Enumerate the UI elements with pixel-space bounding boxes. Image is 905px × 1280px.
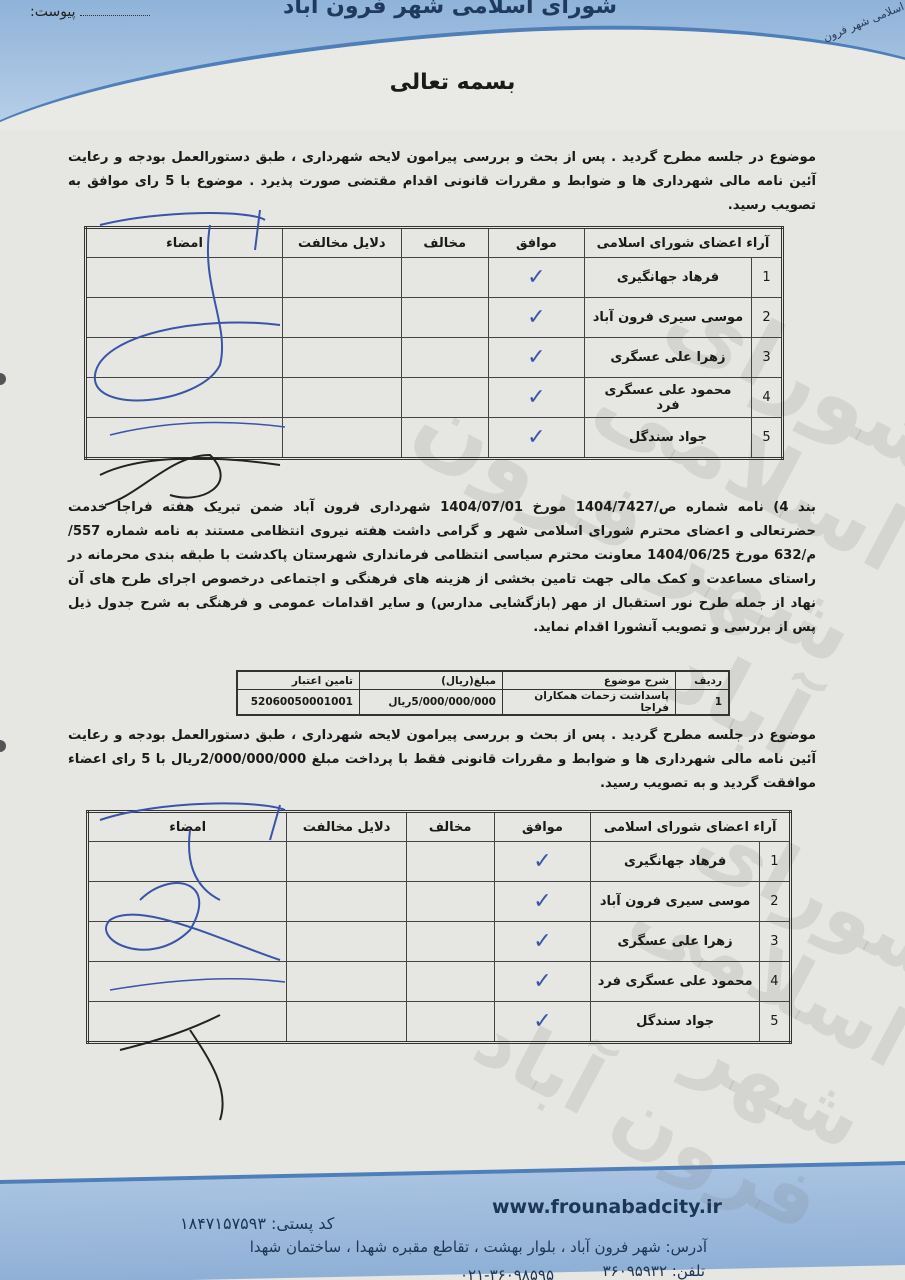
header-row-number: ردیف <box>676 671 730 690</box>
row-index: 3 <box>752 338 783 378</box>
member-name: جواد سندگل <box>591 1002 760 1043</box>
oppose-cell <box>401 258 488 298</box>
vote-table-2: آراء اعضای شورای اسلامی موافق مخالف دلای… <box>86 810 792 1044</box>
reason-cell <box>287 962 406 1002</box>
header-agree: موافق <box>488 228 584 258</box>
council-logo-icon: اسلامی شهر فرون <box>821 0 905 44</box>
row-index: 4 <box>759 962 790 1002</box>
table-row: 1 فرهاد جهانگیری ✓ <box>88 842 791 882</box>
signature-cell <box>86 338 283 378</box>
oppose-cell <box>406 842 494 882</box>
check-icon: ✓ <box>488 298 584 338</box>
table-row: 3 زهرا علی عسگری ✓ <box>86 338 783 378</box>
header-members: آراء اعضای شورای اسلامی <box>591 812 791 842</box>
member-name: جواد سندگل <box>584 418 751 459</box>
table-row: 1 پاسداشت زحمات همکاران فراجا 5/000/000/… <box>237 690 729 716</box>
row-index: 1 <box>759 842 790 882</box>
member-name: محمود علی عسگری فرد <box>591 962 760 1002</box>
signature-cell <box>86 258 283 298</box>
council-name: شورای اسلامی شهر فرون آباد <box>250 0 650 19</box>
reason-cell <box>283 258 402 298</box>
oppose-cell <box>406 1002 494 1043</box>
attachment-label: پیوست: <box>30 4 76 20</box>
row-index: 5 <box>752 418 783 459</box>
signature-cell <box>88 842 287 882</box>
budget-table: ردیف شرح موضوع مبلغ(ریال) تامین اعتبار 1… <box>236 670 730 716</box>
row-number: 1 <box>676 690 730 716</box>
binder-hole <box>0 373 6 385</box>
row-index: 3 <box>759 922 790 962</box>
reason-cell <box>283 418 402 459</box>
check-icon: ✓ <box>494 922 591 962</box>
header-signature: امضاء <box>88 812 287 842</box>
oppose-cell <box>401 418 488 459</box>
description-cell: پاسداشت زحمات همکاران فراجا <box>503 690 676 716</box>
table-row: 5 جواد سندگل ✓ <box>86 418 783 459</box>
check-icon: ✓ <box>488 258 584 298</box>
clause-4-paragraph: بند 4) نامه شماره ص/1404/7427 مورخ 1404/… <box>68 496 816 640</box>
signature-cell <box>86 418 283 459</box>
signature-cell <box>86 298 283 338</box>
header-reasons: دلایل مخالفت <box>287 812 406 842</box>
table-row: 3 زهرا علی عسگری ✓ <box>88 922 791 962</box>
basmala-title: بسمه تعالی <box>0 70 905 95</box>
row-index: 2 <box>759 882 790 922</box>
member-name: فرهاد جهانگیری <box>584 258 751 298</box>
row-index: 5 <box>759 1002 790 1043</box>
signature-cell <box>88 1002 287 1043</box>
member-name: زهرا علی عسگری <box>584 338 751 378</box>
signature-cell <box>86 378 283 418</box>
phone-number: تلفن: ۳۶۰۹۵۹۳۲ <box>603 1262 705 1280</box>
clause-label: بند 4) <box>773 500 816 515</box>
check-icon: ✓ <box>494 962 591 1002</box>
reason-cell <box>283 378 402 418</box>
reason-cell <box>287 1002 406 1043</box>
header-members: آراء اعضای شورای اسلامی <box>584 228 782 258</box>
member-name: زهرا علی عسگری <box>591 922 760 962</box>
footer-contact: www.frounabadcity.ir کد پستی: ۱۸۴۷۱۵۷۵۹۳… <box>0 1190 905 1280</box>
member-name: موسی سیری فرون آباد <box>591 882 760 922</box>
vote-table-1: آراء اعضای شورای اسلامی موافق مخالف دلای… <box>84 226 784 460</box>
member-name: محمود علی عسگری فرد <box>584 378 751 418</box>
amount-cell: 5/000/000/000ریال <box>360 690 503 716</box>
resolution-paragraph-2: موضوع در جلسه مطرح گردید . پس از بحث و ب… <box>68 724 816 796</box>
check-icon: ✓ <box>494 1002 591 1043</box>
header-agree: موافق <box>494 812 591 842</box>
table-row: 5 جواد سندگل ✓ <box>88 1002 791 1043</box>
table-row: 2 موسی سیری فرون آباد ✓ <box>86 298 783 338</box>
postal-code: کد پستی: ۱۸۴۷۱۵۷۵۹۳ <box>180 1214 334 1233</box>
table-row: 4 محمود علی عسگری فرد ✓ <box>88 962 791 1002</box>
check-icon: ✓ <box>488 418 584 459</box>
check-icon: ✓ <box>488 338 584 378</box>
attachment-field: پیوست: <box>30 4 150 20</box>
row-index: 1 <box>752 258 783 298</box>
attachment-dotted-line <box>80 15 150 16</box>
signature-cell <box>88 922 287 962</box>
oppose-cell <box>406 962 494 1002</box>
member-name: موسی سیری فرون آباد <box>584 298 751 338</box>
binder-hole <box>0 740 6 752</box>
check-icon: ✓ <box>494 842 591 882</box>
reason-cell <box>283 338 402 378</box>
row-index: 4 <box>752 378 783 418</box>
oppose-cell <box>401 378 488 418</box>
header-description: شرح موضوع <box>503 671 676 690</box>
oppose-cell <box>401 298 488 338</box>
check-icon: ✓ <box>488 378 584 418</box>
oppose-cell <box>406 882 494 922</box>
resolution-paragraph-1: موضوع در جلسه مطرح گردید . پس از بحث و ب… <box>68 146 816 218</box>
signature-cell <box>88 962 287 1002</box>
header-funding: تامین اعتبار <box>237 671 360 690</box>
funding-cell: 52060050001001 <box>237 690 360 716</box>
reason-cell <box>287 842 406 882</box>
table-row: 1 فرهاد جهانگیری ✓ <box>86 258 783 298</box>
header-signature: امضاء <box>86 228 283 258</box>
oppose-cell <box>406 922 494 962</box>
website-link[interactable]: www.frounabadcity.ir <box>492 1196 722 1218</box>
signature-cell <box>88 882 287 922</box>
reason-cell <box>287 882 406 922</box>
table-row: 2 موسی سیری فرون آباد ✓ <box>88 882 791 922</box>
table-row: 4 محمود علی عسگری فرد ✓ <box>86 378 783 418</box>
letterhead-header: شورای اسلامی شهر فرون آباد پیوست: اسلامی… <box>0 0 905 130</box>
address: آدرس: شهر فرون آباد ، بلوار بهشت ، تقاطع… <box>250 1238 707 1256</box>
oppose-cell <box>401 338 488 378</box>
member-name: فرهاد جهانگیری <box>591 842 760 882</box>
reason-cell <box>283 298 402 338</box>
phone-number-2: ۰۲۱-۳۶۰۹۸۵۹۵ <box>460 1266 554 1280</box>
header-oppose: مخالف <box>401 228 488 258</box>
header-amount: مبلغ(ریال) <box>360 671 503 690</box>
row-index: 2 <box>752 298 783 338</box>
header-oppose: مخالف <box>406 812 494 842</box>
clause-text: نامه شماره ص/1404/7427 مورخ 1404/07/01 ش… <box>68 500 816 635</box>
check-icon: ✓ <box>494 882 591 922</box>
header-reasons: دلایل مخالفت <box>283 228 402 258</box>
reason-cell <box>287 922 406 962</box>
